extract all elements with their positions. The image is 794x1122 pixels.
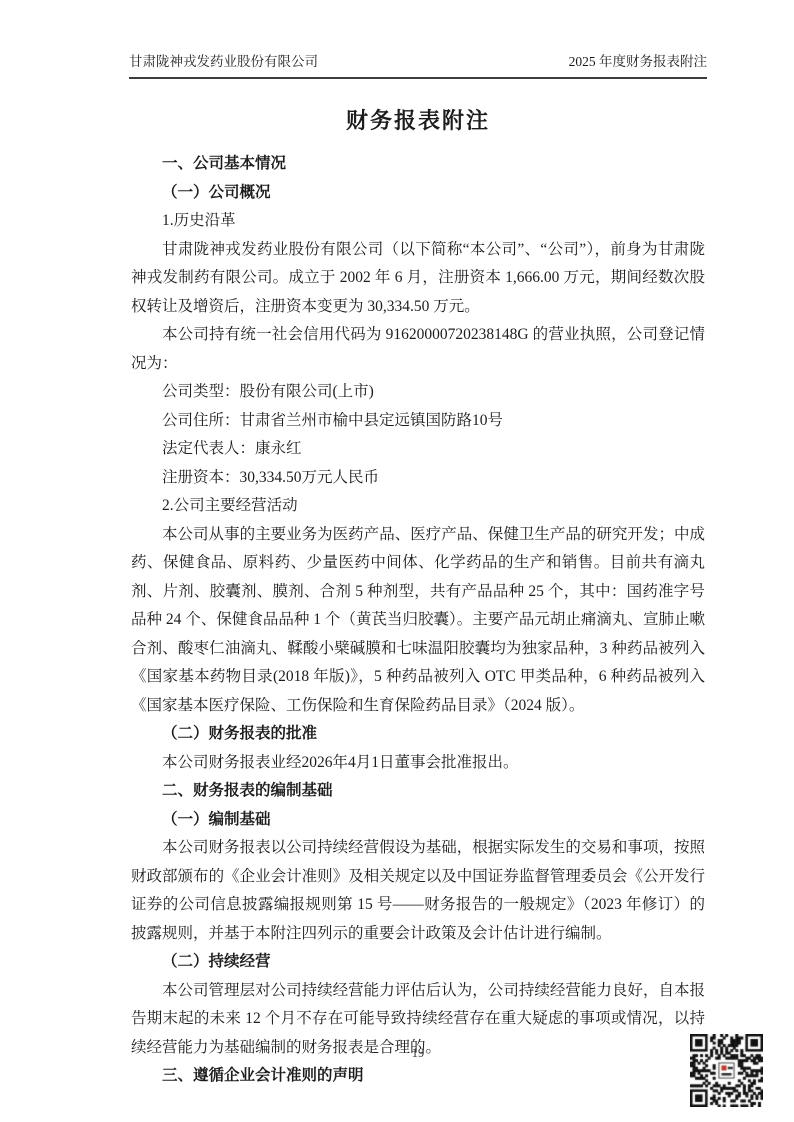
section-heading: 二、财务报表的编制基础 (131, 777, 705, 806)
section-heading: （二）财务报表的批准 (131, 720, 705, 749)
document-body: 一、公司基本情况（一）公司概况1.历史沿革甘肃陇神戎发药业股份有限公司（以下简称… (131, 150, 705, 1091)
paragraph: 甘肃陇神戎发药业股份有限公司（以下简称“本公司”、“公司”），前身为甘肃陇神戎发… (131, 236, 705, 322)
paragraph: 1.历史沿革 (131, 207, 705, 236)
section-heading: 一、公司基本情况 (131, 150, 705, 179)
paragraph: 本公司从事的主要业务为医药产品、医疗产品、保健卫生产品的研究开发；中成药、保健食… (131, 521, 705, 721)
paragraph: 注册资本：30,334.50万元人民币 (131, 464, 705, 493)
paragraph: 2.公司主要经营活动 (131, 492, 705, 521)
page-header: 甘肃陇神戎发药业股份有限公司 2025 年度财务报表附注 (129, 52, 707, 79)
paragraph: 公司类型：股份有限公司(上市) (131, 378, 705, 407)
qr-code-icon (690, 1034, 763, 1107)
page-title: 财务报表附注 (131, 102, 705, 140)
paragraph: 公司住所：甘肃省兰州市榆中县定远镇国防路10号 (131, 407, 705, 436)
document-page: 甘肃陇神戎发药业股份有限公司 2025 年度财务报表附注 财务报表附注 一、公司… (0, 0, 794, 1122)
section-heading: （二）持续经营 (131, 948, 705, 977)
header-company-name: 甘肃陇神戎发药业股份有限公司 (129, 52, 318, 72)
paragraph: 法定代表人：康永红 (131, 435, 705, 464)
section-heading: 三、遵循企业会计准则的声明 (131, 1062, 705, 1091)
page-footer: 19 (131, 1044, 705, 1062)
paragraph: 本公司财务报表以公司持续经营假设为基础，根据实际发生的交易和事项，按照财政部颁布… (131, 834, 705, 948)
section-heading: （一）编制基础 (131, 806, 705, 835)
page-number: 19 (412, 1046, 425, 1060)
header-report-title: 2025 年度财务报表附注 (569, 52, 707, 72)
paragraph: 本公司持有统一社会信用代码为 91620000720238148G 的营业执照，… (131, 321, 705, 378)
paragraph: 本公司财务报表业经2026年4月1日董事会批准报出。 (131, 749, 705, 778)
section-heading: （一）公司概况 (131, 179, 705, 208)
